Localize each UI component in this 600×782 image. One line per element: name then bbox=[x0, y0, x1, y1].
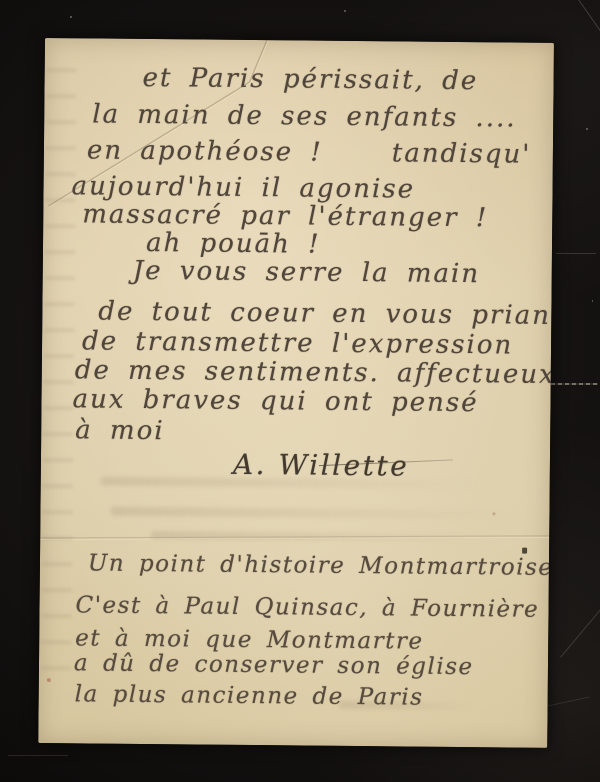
letter-line-6: ah pouāh ! bbox=[146, 230, 321, 258]
letter-line-9: de transmettre l'expression bbox=[82, 328, 513, 358]
bleed-through-left-margin bbox=[41, 68, 77, 688]
letter-line-11: aux braves qui ont pensé bbox=[72, 386, 478, 416]
scratch-bottom-right-1 bbox=[560, 603, 600, 657]
letter-line-2: la main de ses enfants .... bbox=[92, 101, 517, 131]
letter-line-8: de tout coeur en vous priant bbox=[98, 299, 554, 329]
foxing-dot bbox=[492, 512, 495, 515]
postscript-line-1: Un point d'histoire Montmartroise. bbox=[88, 552, 554, 580]
dust-speck bbox=[344, 10, 346, 12]
scratch-right-mid bbox=[551, 383, 598, 385]
foxing-dot bbox=[47, 678, 51, 682]
dust-speck bbox=[70, 16, 72, 18]
letter-line-12: à moi bbox=[75, 417, 165, 444]
letter-line-4: aujourd'hui il agonise bbox=[71, 173, 415, 202]
postscript-line-5: la plus ancienne de Paris bbox=[75, 683, 424, 709]
dust-speck bbox=[592, 300, 593, 302]
postscript-line-2: C'est à Paul Quinsac, à Fournière bbox=[75, 594, 539, 621]
scratch-bottom-left bbox=[8, 755, 68, 756]
letter-line-1: et Paris périssait, de bbox=[142, 65, 478, 94]
photo-background: et Paris périssait, de la main de ses en… bbox=[0, 0, 600, 782]
signature: A. Willette bbox=[233, 451, 410, 481]
scratch-right-upper bbox=[556, 253, 596, 254]
letter-line-5: massacré par l'étranger ! bbox=[82, 201, 488, 231]
scratch-top-right bbox=[571, 0, 600, 35]
postscript-line-4: a dû de conserver son église bbox=[74, 652, 474, 679]
letter-paper: et Paris périssait, de la main de ses en… bbox=[38, 38, 554, 748]
letter-line-7: Je vous serre la main bbox=[133, 258, 481, 287]
postscript-line-3: et à moi que Montmartre bbox=[75, 627, 424, 653]
ink-speck bbox=[522, 548, 527, 554]
letter-line-10: de mes sentiments. affectueux bbox=[75, 357, 554, 388]
dust-speck bbox=[586, 128, 588, 130]
letter-line-3: en apothéose ! tandisqu' bbox=[87, 137, 532, 167]
